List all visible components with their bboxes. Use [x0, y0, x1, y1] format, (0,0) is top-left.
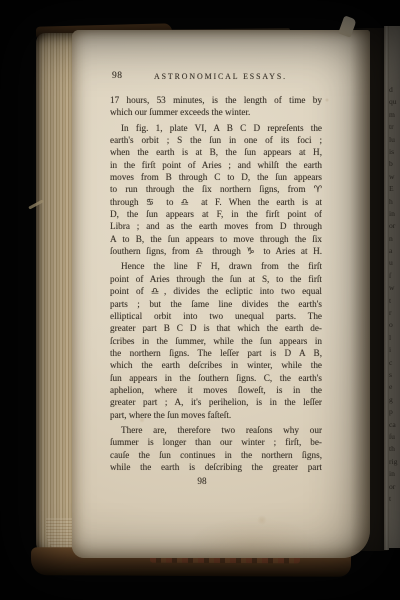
footer-page-number: 98 — [96, 476, 308, 486]
text-line: part, where the ſun moves faſteſt. — [110, 409, 322, 421]
text-line: when the earth is at B, the ſun appears … — [110, 146, 322, 158]
text-line: A to B, the ſun appears to move through … — [110, 233, 322, 245]
text-line: ſun appears in the ſouthern ſigns. C, th… — [110, 372, 322, 384]
text-line: In fig. 1, plate VI, A B C D repreſents … — [110, 122, 322, 134]
text-line: which the earth deſcribes in winter, whi… — [110, 359, 322, 371]
facing-text-fragment: lu — [389, 134, 400, 146]
text-line: greater part B C D is that which the ear… — [110, 322, 322, 334]
gutter-shadow — [350, 28, 388, 551]
facing-text-fragment: th — [389, 443, 400, 455]
text-line: moves from B through C to D, the ſun app… — [110, 171, 322, 183]
facing-text-fragment: r — [389, 307, 400, 319]
text-line: to run through the ſix northern ſigns, f… — [110, 183, 322, 195]
facing-text-fragment: a — [389, 245, 400, 257]
text-line: cauſe the ſun continues in the northern … — [110, 449, 322, 461]
facing-text-fragment: g — [389, 394, 400, 406]
facing-text-fragment: or — [389, 481, 400, 493]
facing-text-fragment: E — [389, 183, 400, 195]
facing-text-fragment: is — [389, 146, 400, 158]
text-line: elliptical orbit into two unequal parts.… — [110, 310, 322, 322]
page-header: 98 ASTRONOMICAL ESSAYS. — [110, 71, 321, 84]
text-line: while the earth is deſcribing the greate… — [110, 461, 322, 473]
facing-text-fragment: w — [389, 171, 400, 183]
text-line: D, the ſun appears at F, in the firſt po… — [110, 208, 322, 220]
facing-page-text-fragments: dqumtrluisbwEhinornauſwtrolicsegpcaſuthr… — [389, 26, 400, 505]
facing-text-fragment: s — [389, 369, 400, 381]
text-line: There are, therefore two reaſons why our — [110, 424, 322, 436]
text-line: in the firſt point of Aries ; and whilſt… — [110, 159, 322, 171]
text-line: which our ſummer exceeds the winter. — [110, 106, 322, 118]
text-line: point of ♎, divides the ecliptic into tw… — [110, 285, 322, 297]
facing-text-fragment: e — [389, 381, 400, 393]
facing-text-fragment: in — [389, 208, 400, 220]
facing-text-fragment: t — [389, 295, 400, 307]
facing-text-fragment: p — [389, 406, 400, 418]
facing-text-fragment: w — [389, 282, 400, 294]
text-line: Libra ; and as the earth moves from D th… — [110, 220, 322, 232]
text-line: point of Aries through the ſun at S, to … — [110, 273, 322, 285]
facing-text-fragment: m — [389, 109, 400, 121]
facing-text-fragment: ca — [389, 419, 400, 431]
facing-text-fragment: n — [389, 233, 400, 245]
text-line: Hence the line F H, drawn from the firſt — [110, 260, 322, 272]
text-line: ſummer is longer than our winter ; firſt… — [110, 436, 322, 448]
facing-text-fragment: l — [389, 332, 400, 344]
running-title: ASTRONOMICAL ESSAYS. — [110, 72, 321, 81]
text-line: ſouthern ſigns, from ♎ through ♑ to Arie… — [110, 245, 322, 257]
facing-text-fragment: t — [389, 493, 400, 505]
text-line: greater part ; A, it's perihelion, is in… — [110, 396, 322, 408]
facing-text-fragment: i — [389, 344, 400, 356]
facing-text-fragment: or — [389, 220, 400, 232]
facing-text-fragment: rig — [389, 456, 400, 468]
facing-text-fragment: c — [389, 357, 400, 369]
facing-text-fragment: o — [389, 319, 400, 331]
text-line: ſcribes in the ſummer, while the ſun app… — [110, 335, 322, 347]
facing-text-fragment: ſu — [389, 431, 400, 443]
facing-text-fragment: h — [389, 196, 400, 208]
text-line: aphelion, where it moves ſloweſt, is in … — [110, 384, 322, 396]
text-line: 17 hours, 53 minutes, is the length of t… — [110, 94, 322, 106]
facing-text-fragment: ſ — [389, 270, 400, 282]
facing-text-fragment: qu — [389, 96, 400, 108]
facing-page-sliver: dqumtrluisbwEhinornauſwtrolicsegpcaſuthr… — [389, 26, 400, 548]
facing-text-fragment: in — [389, 468, 400, 480]
text-line: through ♋ to ♎ at F. When the earth is a… — [110, 196, 322, 208]
facing-text-fragment: tr — [389, 121, 400, 133]
facing-text-fragment: d — [389, 84, 400, 96]
text-line: the northern ſigns. The leſſer part is D… — [110, 347, 322, 359]
body-text: 17 hours, 53 minutes, is the length of t… — [110, 94, 322, 473]
text-line: parts ; but the ſame line divides the ea… — [110, 298, 322, 310]
facing-text-fragment: b — [389, 158, 400, 170]
text-line: earth's orbit ; S the ſun in one of its … — [110, 134, 322, 146]
facing-text-fragment: u — [389, 257, 400, 269]
